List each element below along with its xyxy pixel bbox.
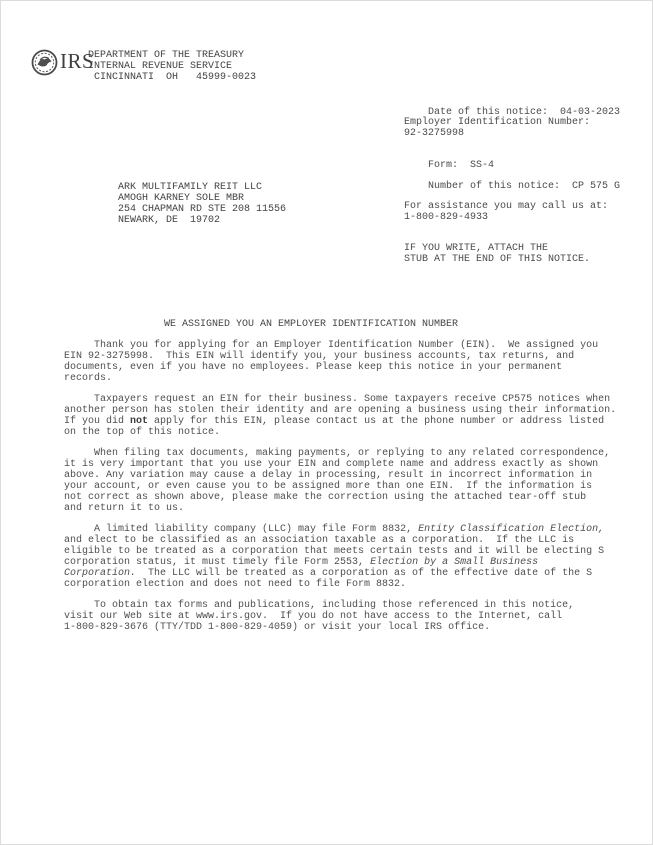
irs-eagle-seal-icon — [31, 49, 58, 76]
paragraph-llc-text: A limited liability company (LLC) may fi… — [64, 524, 418, 535]
paragraph-forms-and-publications: To obtain tax forms and publications, in… — [64, 600, 630, 633]
recipient-attn: AMOGH KARNEY SOLE MBR — [118, 193, 286, 204]
recipient-street: 254 CHAPMAN RD STE 208 11556 — [118, 204, 286, 215]
paragraph-ein-assigned: Thank you for applying for an Employer I… — [64, 340, 630, 384]
form-8832-title-italic: Entity Classification Election, — [418, 524, 604, 535]
agency-line-1: DEPARTMENT OF THE TREASURY — [88, 50, 256, 61]
recipient-address-block: ARK MULTIFAMILY REIT LLC AMOGH KARNEY SO… — [118, 182, 286, 226]
paragraph-llc-classification: A limited liability company (LLC) may fi… — [64, 524, 630, 590]
paragraph-identity-warning: Taxpayers request an EIN for their busin… — [64, 394, 630, 438]
assistance-phone: 1-800-829-4933 — [404, 212, 608, 223]
agency-address-block: DEPARTMENT OF THE TREASURY INTERNAL REVE… — [88, 50, 256, 83]
notice-number-label: Number of this notice: — [428, 181, 560, 192]
notice-title: WE ASSIGNED YOU AN EMPLOYER IDENTIFICATI… — [64, 319, 630, 330]
irs-logo: IRS — [31, 49, 94, 76]
irs-notice-page: IRS DEPARTMENT OF THE TREASURY INTERNAL … — [0, 0, 653, 845]
paragraph-use-ein-exactly: When filing tax documents, making paymen… — [64, 448, 630, 514]
agency-line-3: CINCINNATI OH 45999-0023 — [88, 72, 256, 83]
letter-body: WE ASSIGNED YOU AN EMPLOYER IDENTIFICATI… — [64, 319, 630, 633]
ein-field: Employer Identification Number: 92-32759… — [404, 117, 590, 139]
ein-label: Employer Identification Number: — [404, 117, 590, 128]
recipient-city-state-zip: NEWARK, DE 19702 — [118, 215, 286, 226]
agency-line-2: INTERNAL REVENUE SERVICE — [88, 61, 256, 72]
notice-number-value: CP 575 G — [572, 181, 620, 192]
paragraph-llc-text-3: The LLC will be treated as a corporation… — [64, 568, 592, 590]
recipient-name: ARK MULTIFAMILY REIT LLC — [118, 182, 286, 193]
assistance-label: For assistance you may call us at: — [404, 201, 608, 212]
notice-number-field: Number of this notice:CP 575 G — [404, 170, 620, 203]
assistance-field: For assistance you may call us at: 1-800… — [404, 201, 608, 223]
ein-value: 92-3275998 — [404, 128, 590, 139]
bold-not-word: not — [130, 416, 148, 427]
write-instruction-note: IF YOU WRITE, ATTACH THE STUB AT THE END… — [404, 243, 590, 265]
